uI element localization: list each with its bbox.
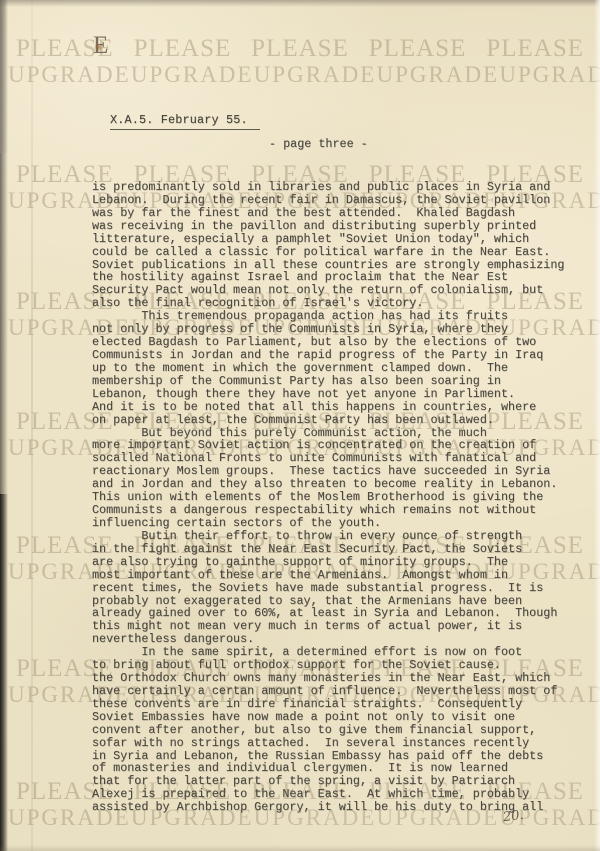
watermark-row: UPGRADEUPGRADEUPGRADEUPGRADEUPGRADE (0, 63, 600, 86)
watermark-word: PLEASE (486, 36, 584, 61)
watermark-row: PLEASEPLEASEPLEASEPLEASEPLEASE (0, 36, 600, 61)
handwritten-page-number: 20. (502, 808, 524, 825)
rust-spot (94, 43, 103, 52)
scan-edge-left (0, 0, 8, 851)
watermark-word: UPGRADE (499, 63, 600, 86)
document-reference: X.A.5. February 55. (110, 113, 260, 130)
watermark-word: UPGRADE (8, 63, 131, 86)
watermark-word: PLEASE (251, 36, 349, 61)
fold-line (31, 0, 33, 851)
scan-edge-bottom (0, 845, 600, 851)
page-number-label: - page three - (269, 137, 368, 151)
scan-edge-right (594, 0, 600, 851)
watermark-word: UPGRADE (254, 63, 377, 86)
watermark-word: PLEASE (134, 36, 232, 61)
scanned-document-page: PLEASEPLEASEPLEASEPLEASEPLEASEUPGRADEUPG… (0, 0, 600, 851)
document-body-text: is predominantly sold in libraries and p… (92, 181, 564, 814)
watermark-word: UPGRADE (131, 63, 254, 86)
scan-edge-top (0, 0, 600, 7)
watermark-word: PLEASE (369, 36, 467, 61)
watermark-word: UPGRADE (377, 63, 500, 86)
